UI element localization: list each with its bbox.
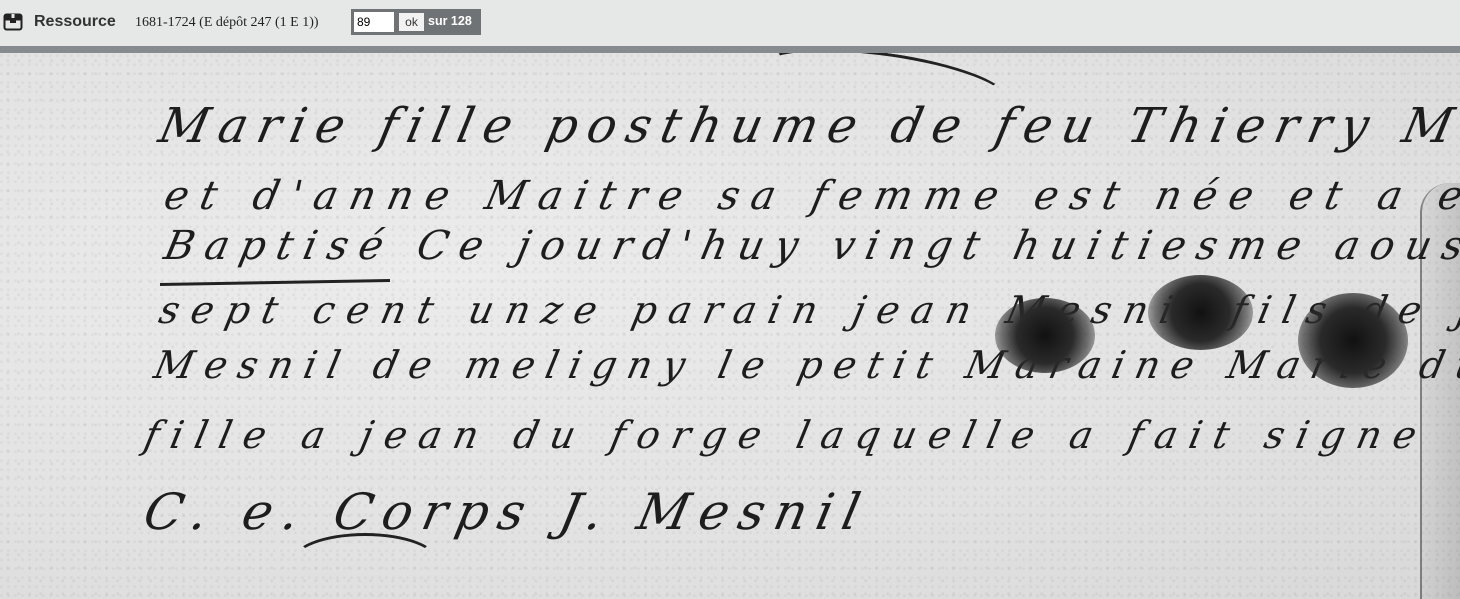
go-to-page-button[interactable]: ok: [399, 13, 424, 31]
handwritten-signatures: C. e. Corps J. Mesnil: [139, 483, 875, 541]
resource-title: Ressource: [34, 13, 116, 31]
ink-blot: [1148, 275, 1253, 350]
toolbar-divider: [0, 46, 1460, 53]
ink-underline: [160, 279, 390, 286]
handwritten-line: sept cent unze parain jean Mesnil fils d…: [155, 288, 1460, 332]
handwritten-line: Marie fille posthume de feu Thierry Mart…: [154, 98, 1460, 154]
handwritten-line: Mesnil de meligny le petit Maraine Marie…: [150, 343, 1460, 387]
resource-toolbar: Ressource 1681-1724 (E dépôt 247 (1 E 1)…: [0, 0, 1460, 46]
page-navigator: ok sur 128: [351, 9, 481, 35]
resource-reference: 1681-1724 (E dépôt 247 (1 E 1)): [135, 15, 319, 31]
handwritten-line: et d'anne Maitre sa femme est née et a e…: [160, 173, 1460, 219]
archive-box-icon: [3, 12, 23, 32]
page-number-input[interactable]: [354, 12, 394, 32]
total-pages-label: sur 128: [428, 14, 472, 28]
ink-flourish: [290, 533, 440, 593]
ink-blot: [1298, 293, 1408, 388]
handwritten-line: fille a jean du forge laquelle a fait si…: [140, 413, 1432, 457]
document-scan-viewer[interactable]: Marie fille posthume de feu Thierry Mart…: [0, 53, 1460, 599]
handwritten-line: Baptisé Ce jourd'huy vingt huitiesme aou…: [160, 223, 1460, 269]
ink-blot: [995, 298, 1095, 373]
